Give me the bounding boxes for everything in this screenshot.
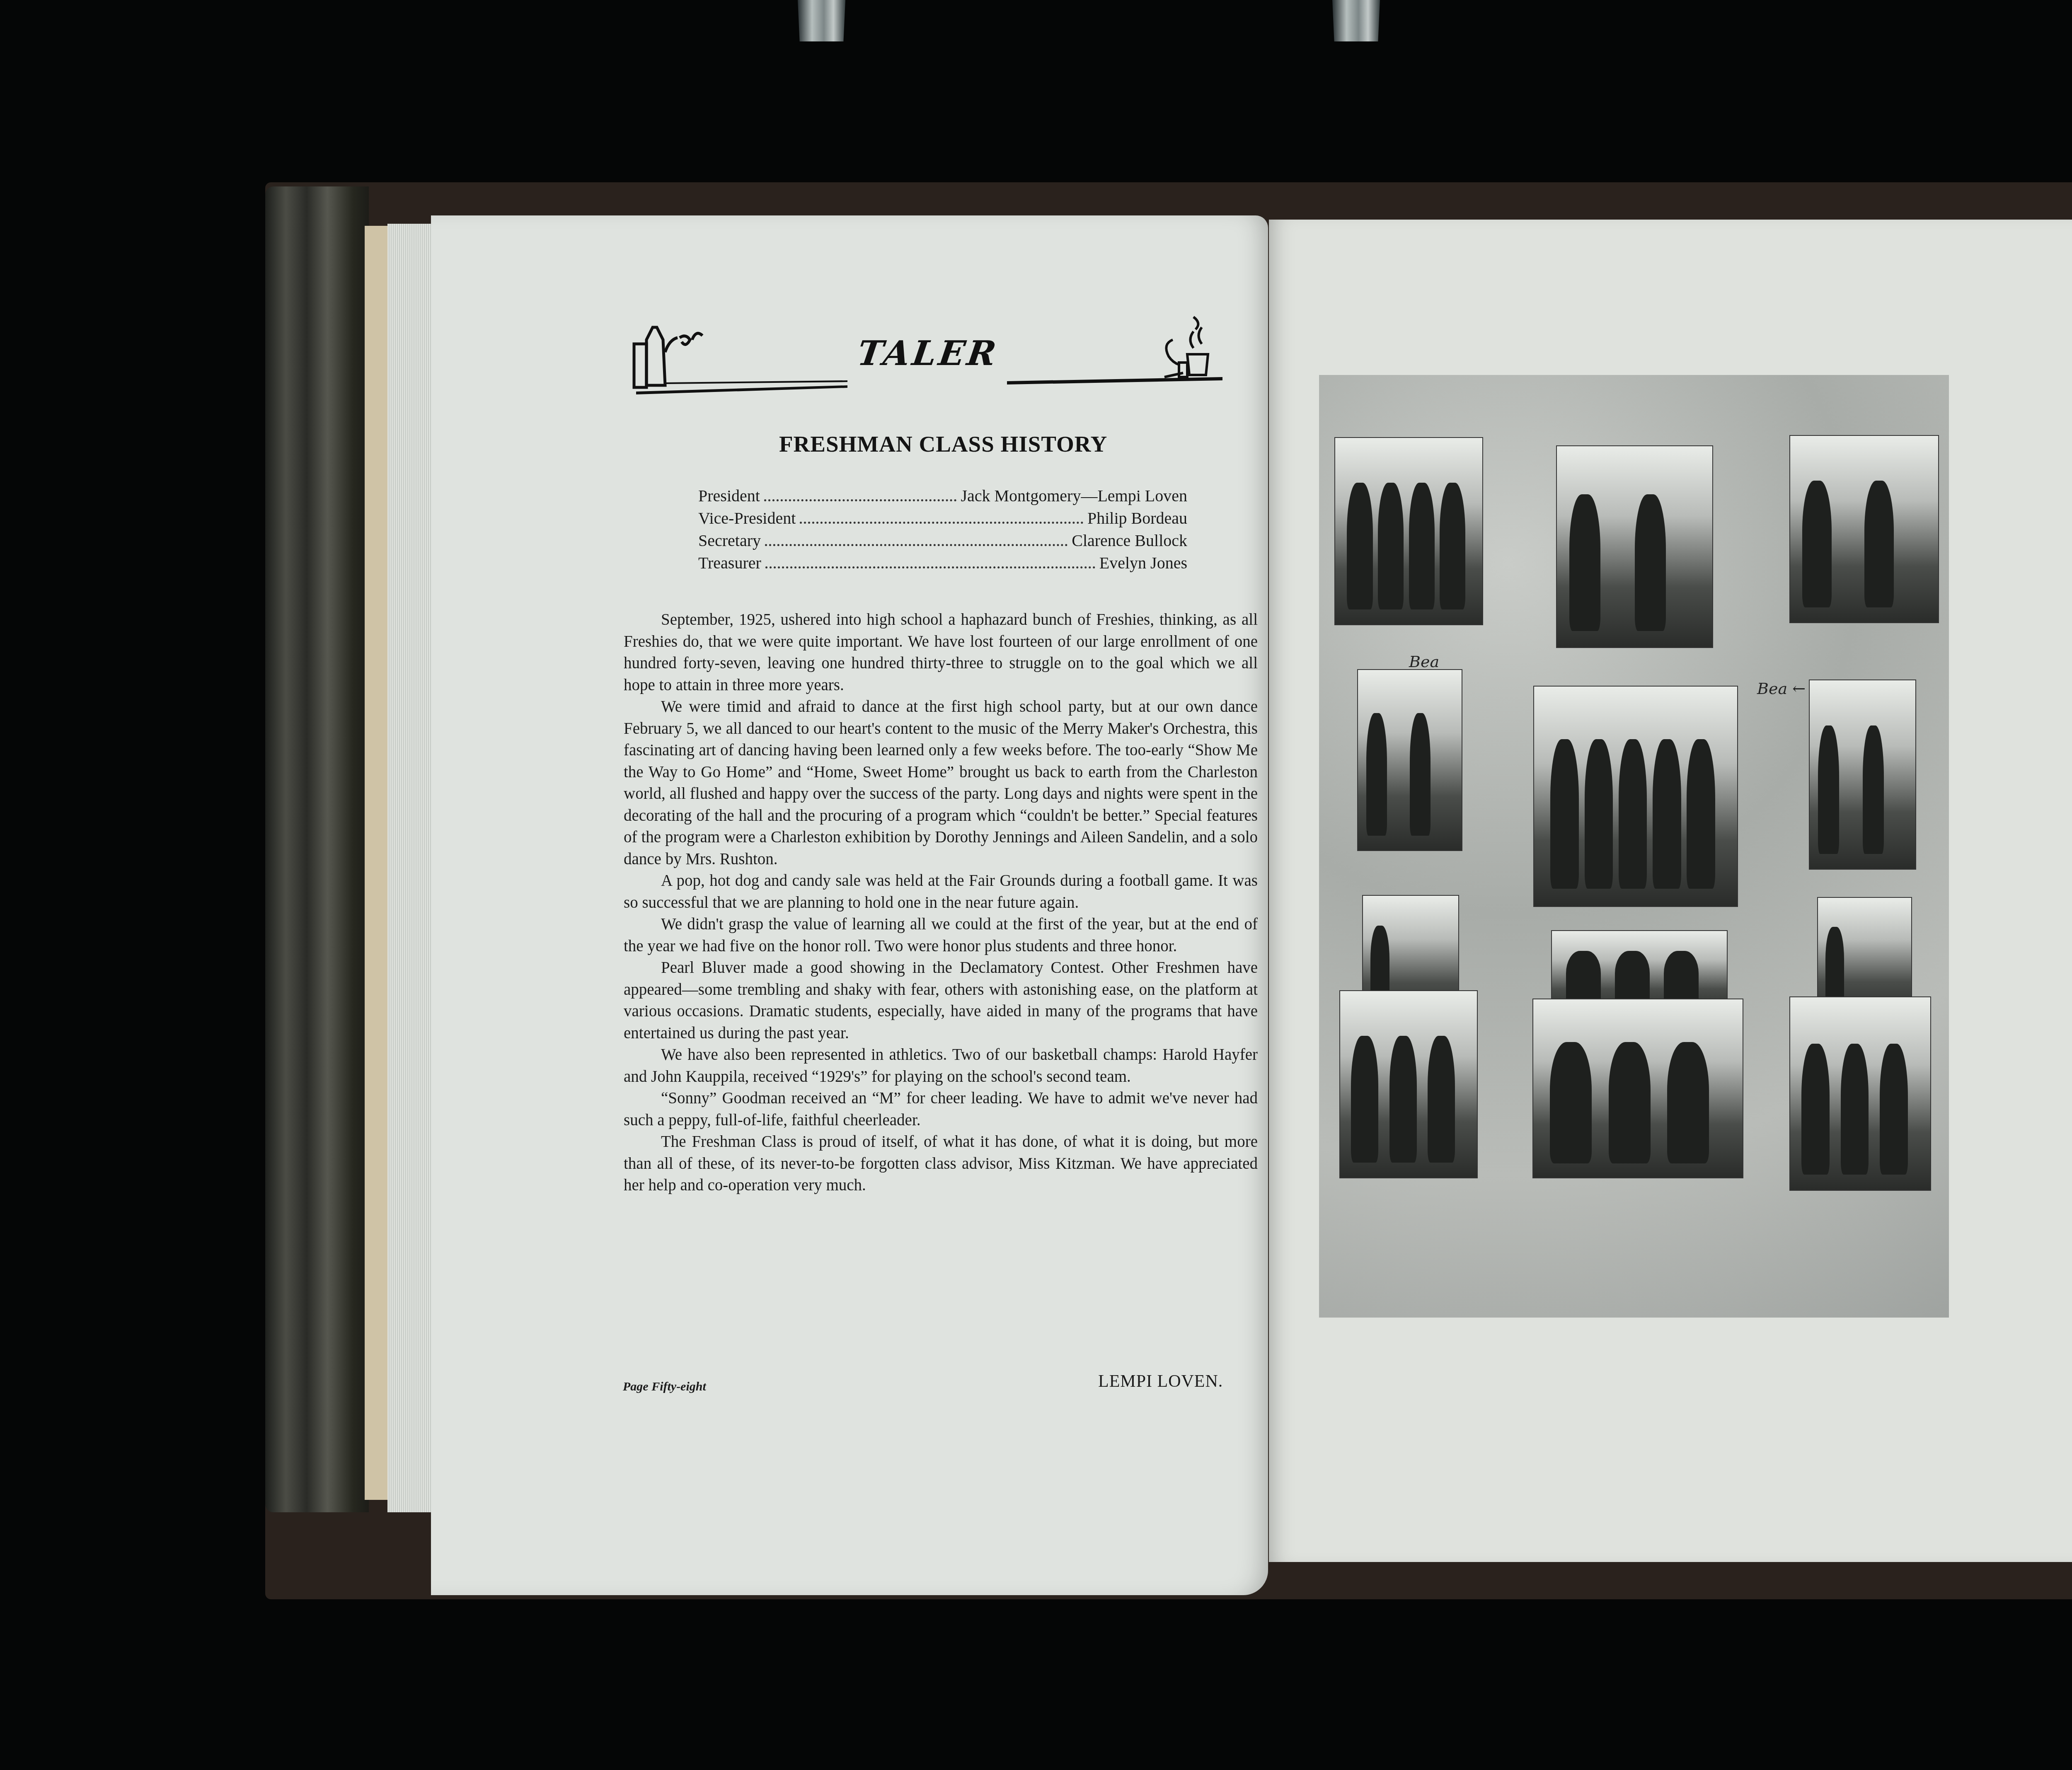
photo-figure [1635, 494, 1666, 631]
photo-figure [1801, 1044, 1830, 1175]
handwritten-annotation: Bea ← [1757, 679, 1806, 698]
scanner-lamp-left [798, 0, 845, 41]
photo-figure [1609, 1042, 1651, 1163]
running-header-title: TALER [855, 334, 1001, 373]
photo-figure [1550, 739, 1579, 888]
photo-figure [1347, 483, 1372, 609]
photo [1533, 686, 1738, 907]
officer-name: Philip Bordeau [1087, 507, 1187, 530]
photo-figure [1410, 713, 1431, 836]
photo-figure [1569, 494, 1600, 631]
officer-name: Evelyn Jones [1099, 552, 1187, 574]
officer-role: Secretary [698, 530, 761, 552]
officer-row-secretary: Secretary Clarence Bullock [698, 530, 1187, 552]
officer-row-vice-president: Vice-President Philip Bordeau [698, 507, 1187, 530]
officer-name: Clarence Bullock [1072, 530, 1187, 552]
handwritten-annotation: Bea [1409, 653, 1439, 671]
officer-row-president: President Jack Montgomery—Lempi Loven [698, 485, 1187, 507]
photo-figure [1440, 483, 1465, 609]
photo-figure [1864, 481, 1894, 607]
officer-role: Vice-President [698, 507, 796, 530]
photo-figure [1619, 739, 1647, 888]
photo [1789, 996, 1931, 1191]
photo-figure [1687, 739, 1715, 888]
endpaper-edge [365, 226, 387, 1500]
photo-figure [1409, 483, 1435, 609]
leader-dots [765, 566, 1095, 568]
paragraph: “Sonny” Goodman received an “M” for chee… [624, 1088, 1258, 1131]
leader-dots [800, 522, 1083, 524]
scanner-lamp-right [1332, 0, 1380, 41]
leader-dots [765, 544, 1067, 546]
photo [1789, 435, 1939, 623]
coffee-pot-icon [634, 327, 702, 387]
photo [1556, 445, 1713, 648]
paragraph: We didn't grasp the value of learning al… [624, 914, 1258, 957]
photo [1357, 669, 1462, 851]
officer-row-treasurer: Treasurer Evelyn Jones [698, 552, 1187, 574]
officer-name: Jack Montgomery—Lempi Loven [961, 485, 1187, 507]
photo-figure [1428, 1036, 1455, 1163]
officer-role: President [698, 485, 760, 507]
coffee-cup-icon [1164, 317, 1208, 377]
paragraph: Pearl Bluver made a good showing in the … [624, 957, 1258, 1044]
paragraph: We were timid and afraid to dance at the… [624, 696, 1258, 870]
author-signature: LEMPI LOVEN. [1098, 1371, 1223, 1391]
photo-figure [1841, 1044, 1869, 1175]
photo-figure [1585, 739, 1613, 888]
photo-figure [1351, 1036, 1378, 1163]
class-history-body: September, 1925, ushered into high schoo… [624, 609, 1258, 1197]
page-stack [387, 224, 437, 1512]
photo-figure [1667, 1042, 1709, 1163]
page-title: FRESHMAN CLASS HISTORY [779, 431, 1107, 457]
photo-figure [1653, 739, 1681, 888]
page-number: Page Fifty-eight [623, 1380, 706, 1394]
paragraph: September, 1925, ushered into high schoo… [624, 609, 1258, 696]
photo-figure [1366, 713, 1387, 836]
photo-figure [1389, 1036, 1417, 1163]
photo-figure [1378, 483, 1404, 609]
photo-figure [1880, 1044, 1908, 1175]
photo [1809, 679, 1916, 870]
officer-role: Treasurer [698, 552, 761, 574]
photo [1532, 999, 1743, 1178]
photo-figure [1550, 1042, 1592, 1163]
photo-figure [1863, 725, 1884, 854]
paragraph: We have also been represented in athleti… [624, 1044, 1258, 1088]
photo-figure [1802, 481, 1832, 607]
paragraph: The Freshman Class is proud of itself, o… [624, 1131, 1258, 1197]
paragraph: A pop, hot dog and candy sale was held a… [624, 870, 1258, 914]
photo [1334, 437, 1483, 625]
book-spine [265, 186, 369, 1512]
leader-dots [764, 499, 957, 501]
photo-figure [1818, 725, 1839, 854]
officers-list: President Jack Montgomery—Lempi Loven Vi… [698, 485, 1187, 574]
photo [1339, 990, 1478, 1178]
